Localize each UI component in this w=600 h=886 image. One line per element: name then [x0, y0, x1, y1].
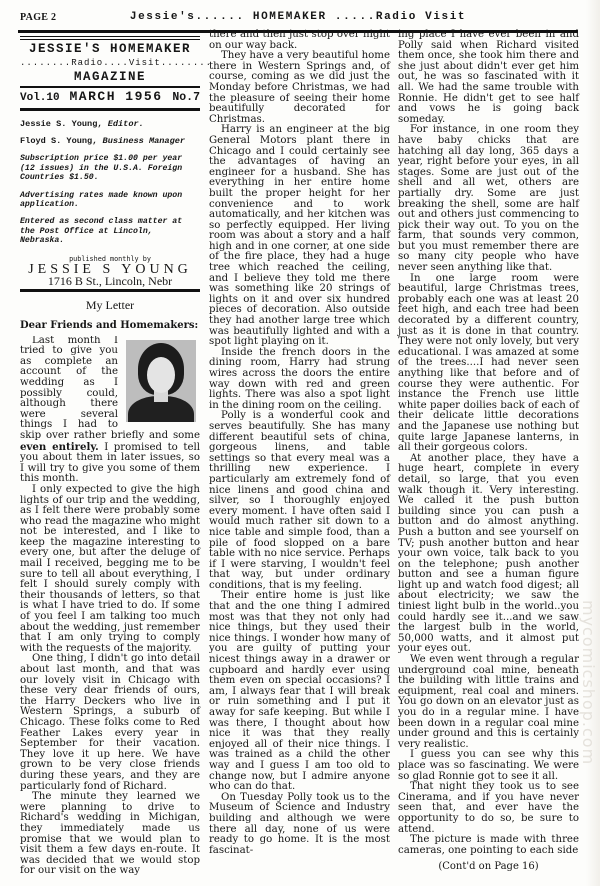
issue-number: No.7: [172, 93, 200, 104]
paragraph: I only expected to give the high lights …: [20, 485, 200, 655]
watermark: mycomicshop.com: [578, 600, 598, 870]
subscription-info: Subscription price $1.00 per year (12 is…: [20, 154, 200, 182]
running-title: Jessie's...... HOMEMAKER .....Radio Visi…: [18, 11, 578, 23]
masthead-title: JESSIE'S HOMEMAKER: [20, 44, 200, 55]
masthead-magazine: MAGAZINE: [20, 72, 200, 88]
paragraph: That night they took us to see Cinerama,…: [398, 782, 579, 835]
paragraph: I guess you can see why this place was s…: [398, 750, 579, 782]
continued-note: (Cont'd on Page 16): [398, 862, 579, 873]
paragraph: One thing, I didn't go into detail about…: [20, 654, 200, 792]
paragraph: We even went through a regular undergrou…: [398, 655, 579, 750]
postal-info: Entered as second class matter at the Po…: [20, 217, 200, 245]
portrait-photo: [126, 340, 196, 422]
staff-manager: Floyd S. Young, Business Manager: [20, 136, 200, 147]
volume: Vol.10: [20, 93, 60, 104]
paragraph: The minute they learned we were planning…: [20, 792, 200, 877]
paragraph: On Tuesday Polly took us to the Museum o…: [209, 793, 390, 857]
masthead: JESSIE'S HOMEMAKER ........Radio....Visi…: [20, 36, 200, 111]
advertising-info: Advertising rates made known upon applic…: [20, 191, 200, 210]
column-2-paragraphs: there and then just stop over night on o…: [209, 30, 390, 856]
paragraph: The picture is made with three cameras, …: [398, 835, 579, 856]
column-3: ing place I have ever been in and Polly …: [398, 30, 579, 873]
column-1-paragraphs: I only expected to give the high lights …: [20, 485, 200, 877]
paragraph: Harry is an engineer at the big General …: [209, 125, 390, 347]
paragraph: In one large room were beautiful, large …: [398, 274, 579, 454]
paragraph: At another place, they have a huge heart…: [398, 454, 579, 655]
staff-editor: Jessie S. Young, Editor.: [20, 119, 200, 130]
column-3-paragraphs: ing place I have ever been in and Polly …: [398, 30, 579, 856]
paragraph: Inside the french doors in the dining ro…: [209, 348, 390, 412]
paragraph: there and then just stop over night on o…: [209, 30, 390, 51]
issue-date: MARCH 1956: [69, 92, 162, 103]
column-1: JESSIE'S HOMEMAKER ........Radio....Visi…: [20, 30, 200, 877]
paragraph: Polly is a wonderful cook and serves bea…: [209, 411, 390, 591]
salutation: Dear Friends and Homemakers:: [20, 321, 200, 332]
publisher-address: 1716 B St., Lincoln, Nebr: [20, 276, 200, 293]
paragraph: ing place I have ever been in and Polly …: [398, 30, 579, 125]
letter-opening: Last month I tried to give you as comple…: [20, 336, 200, 485]
issue-line: Vol.10 MARCH 1956 No.7: [20, 88, 200, 112]
masthead-subtitle: ........Radio....Visit........: [20, 58, 200, 69]
paragraph: For instance, in one room they have baby…: [398, 125, 579, 273]
paragraph: Their entire home is just like that and …: [209, 591, 390, 792]
paragraph: They have a very beautiful home there in…: [209, 51, 390, 125]
section-title: My Letter: [20, 300, 200, 311]
column-2: there and then just stop over night on o…: [209, 30, 390, 856]
